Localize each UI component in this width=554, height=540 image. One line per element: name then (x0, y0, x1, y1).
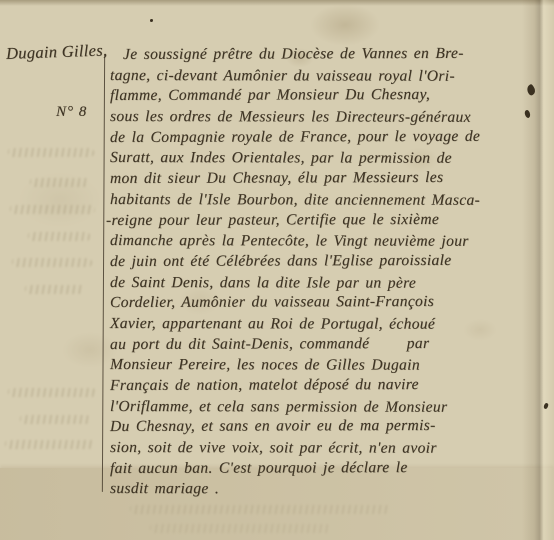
bleedthrough-mark (20, 415, 90, 424)
manuscript-line: de juin ont été Célébrées dans l'Eglise … (110, 251, 540, 273)
manuscript-page: Dugain Gilles, N° 8 Je soussigné prêtre … (0, 0, 554, 540)
bleedthrough-mark (28, 232, 90, 241)
manuscript-line: -reigne pour leur pasteur, Certifie que … (106, 209, 540, 231)
manuscript-line: Je soussigné prêtre du Diocèse de Vannes… (110, 44, 540, 66)
manuscript-line: Français de nation, matelot déposé du na… (110, 375, 540, 397)
manuscript-line: dimanche après la Pentecôte, le Vingt ne… (110, 231, 540, 253)
manuscript-line: au port du dit Saint-Denis, commandé par (110, 333, 540, 355)
manuscript-line: fait aucun ban. C'est pourquoi je déclar… (110, 457, 540, 479)
bleedthrough-mark (12, 258, 92, 267)
bleedthrough-mark (5, 440, 95, 449)
margin-rule (102, 55, 106, 492)
manuscript-line: mon dit sieur Du Chesnay, élu par Messie… (110, 168, 540, 190)
ink-speck (150, 19, 153, 22)
bleedthrough-mark (8, 148, 94, 157)
manuscript-line: Suratt, aux Indes Orientales, par la per… (110, 148, 540, 170)
manuscript-line: Du Chesnay, et sans en avoir eu de ma pe… (110, 416, 540, 438)
manuscript-line: Xavier, appartenant au Roi de Portugal, … (110, 314, 540, 336)
manuscript-line: de la Compagnie royale de France, pour l… (110, 126, 540, 148)
manuscript-line: Monsieur Pereire, les noces de Gilles Du… (110, 355, 540, 377)
margin-name-label: Dugain Gilles, (6, 40, 117, 64)
bleedthrough-mark (25, 285, 85, 294)
scan-top-edge (0, 0, 554, 6)
bleedthrough-mark (10, 205, 95, 214)
manuscript-line: susdit mariage . (110, 479, 540, 501)
margin-entry-number: N° 8 (56, 104, 87, 121)
manuscript-line: sous les ordres de Messieurs les Directe… (110, 107, 540, 129)
bleedthrough-mark (8, 388, 96, 397)
manuscript-line: flamme, Commandé par Monsieur Du Chesnay… (110, 85, 540, 107)
manuscript-line: Cordelier, Aumônier du vaisseau Saint-Fr… (110, 292, 540, 314)
manuscript-line: habitants de l'Isle Bourbon, dite ancien… (110, 190, 540, 212)
manuscript-text: Je soussigné prêtre du Diocèse de Vannes… (110, 45, 540, 500)
manuscript-line: sion, soit de vive voix, soit par écrit,… (110, 438, 540, 460)
bleedthrough-mark (30, 178, 90, 187)
